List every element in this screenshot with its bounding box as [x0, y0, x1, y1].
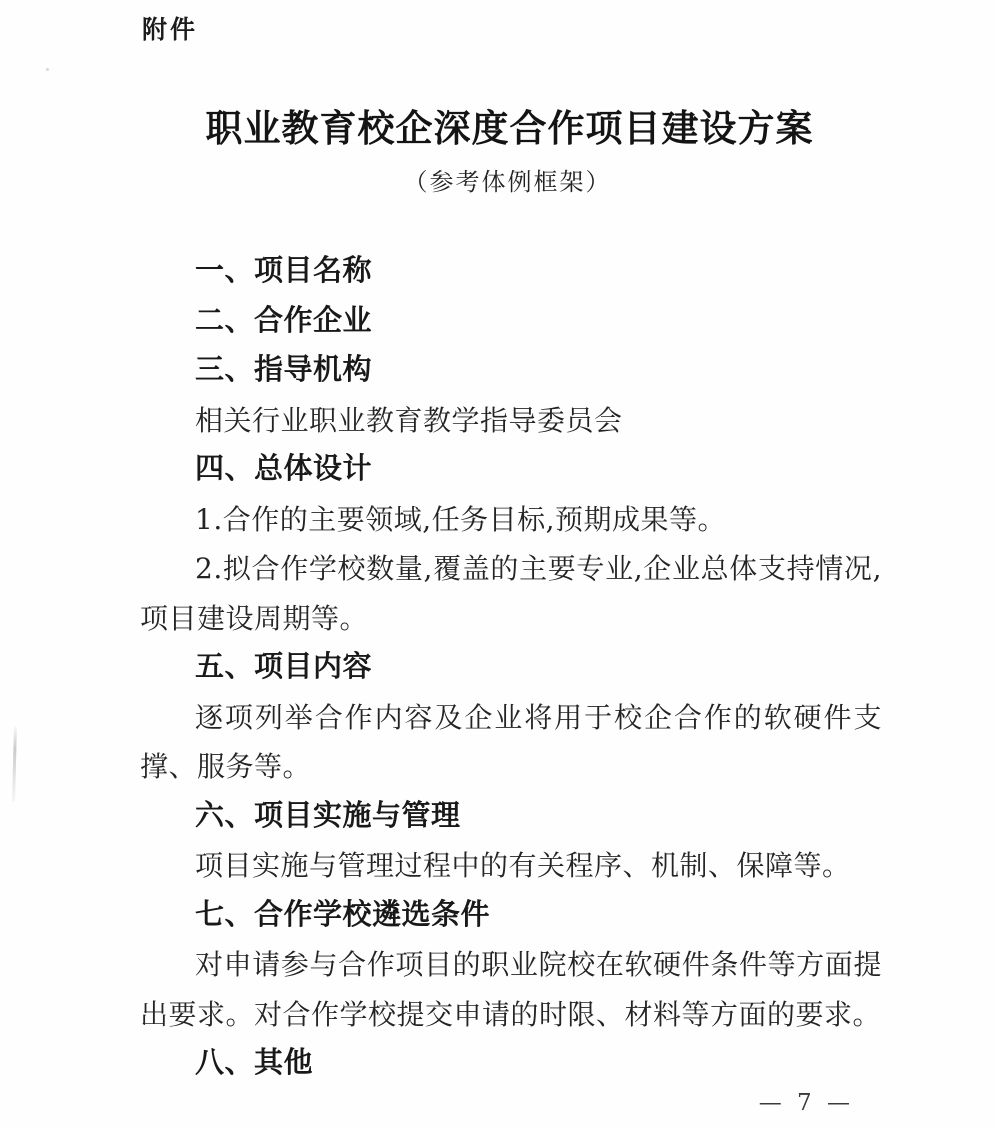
section-heading-2: 二、合作企业	[140, 297, 882, 347]
document-body: 一、项目名称 二、合作企业 三、指导机构 相关行业职业教育教学指导委员会 四、总…	[140, 247, 882, 1089]
section-5-paragraph: 逐项列举合作内容及企业将用于校企合作的软硬件支撑、服务等。	[140, 693, 882, 792]
section-3-paragraph: 相关行业职业教育教学指导委员会	[140, 396, 882, 446]
document-title: 职业教育校企深度合作项目建设方案	[0, 98, 997, 152]
section-heading-3: 三、指导机构	[140, 346, 882, 396]
section-7-paragraph: 对申请参与合作项目的职业院校在软硬件条件等方面提出要求。对合作学校提交申请的时限…	[140, 940, 882, 1039]
section-4-item-2: 2.拟合作学校数量,覆盖的主要专业,企业总体支持情况,项目建设周期等。	[140, 544, 882, 643]
section-4-item-1: 1.合作的主要领域,任务目标,预期成果等。	[140, 495, 882, 545]
scan-speck-artifact	[46, 68, 49, 71]
document-subtitle: （参考体例框架）	[0, 162, 997, 197]
page-number: — 7 —	[759, 1090, 854, 1116]
section-heading-6: 六、项目实施与管理	[140, 792, 882, 842]
scan-line-artifact	[12, 726, 17, 802]
section-heading-1: 一、项目名称	[140, 247, 882, 297]
scanned-document-page: 附件 职业教育校企深度合作项目建设方案 （参考体例框架） 一、项目名称 二、合作…	[0, 0, 997, 1129]
section-heading-8: 八、其他	[140, 1039, 882, 1089]
section-heading-7: 七、合作学校遴选条件	[140, 891, 882, 941]
section-heading-4: 四、总体设计	[140, 445, 882, 495]
attachment-label: 附件	[142, 10, 198, 46]
section-heading-5: 五、项目内容	[140, 643, 882, 693]
section-6-paragraph: 项目实施与管理过程中的有关程序、机制、保障等。	[140, 841, 882, 891]
